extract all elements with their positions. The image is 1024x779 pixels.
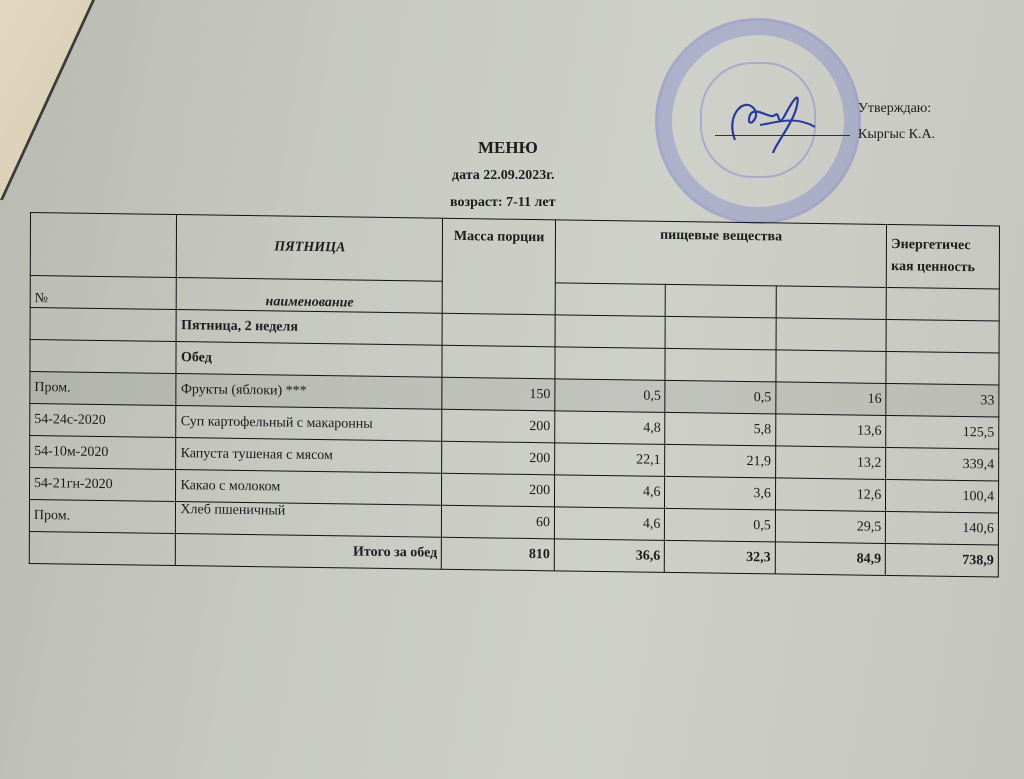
document-title: МЕНЮ	[478, 138, 538, 158]
row-energy: 100,4	[886, 479, 999, 513]
header-day: ПЯТНИЦА	[177, 215, 443, 282]
total-mass: 810	[442, 537, 555, 571]
header-energy: Энергетичес кая ценность	[887, 224, 1000, 289]
row-name: Капуста тушеная с мясом	[176, 438, 442, 474]
header-blank	[30, 213, 177, 278]
approval-label: Утверждаю:	[858, 96, 935, 122]
row-energy: 33	[886, 383, 999, 417]
header-mass: Масса порции	[443, 218, 556, 315]
row-protein: 0,5	[555, 379, 666, 413]
row-protein: 4,6	[555, 475, 666, 509]
row-energy: 339,4	[886, 447, 999, 481]
row-protein: 4,6	[554, 507, 665, 541]
row-name: Какао с молоком	[176, 470, 442, 506]
menu-age: возраст: 7-11 лет	[450, 195, 555, 211]
header-energy-line2: кая ценность	[891, 256, 995, 279]
row-number: 54-10м-2020	[30, 435, 177, 469]
row-number: 54-21гн-2020	[29, 467, 176, 501]
row-fat: 5,8	[665, 412, 776, 446]
signature-icon	[715, 85, 825, 155]
total-label: Итого за обед	[176, 534, 442, 570]
approval-block: Утверждаю: Кыргыс К.А.	[858, 96, 935, 148]
total-energy: 738,9	[886, 543, 999, 577]
row-fat: 3,6	[665, 476, 776, 510]
header-number: №	[30, 276, 177, 310]
row-carbs: 12,6	[775, 478, 886, 512]
row-protein: 22,1	[555, 443, 666, 477]
row-name: Суп картофельный с макаронны	[176, 406, 442, 442]
total-carbs: 84,9	[775, 542, 886, 576]
header-nutrients: пищевые вещества	[555, 220, 886, 288]
row-mass: 150	[442, 377, 555, 411]
section-label: Обед	[176, 342, 442, 378]
row-name: Фрукты (яблоки) ***	[176, 374, 442, 410]
section-label: Пятница, 2 неделя	[177, 310, 443, 346]
row-carbs: 13,6	[776, 414, 887, 448]
row-name: Хлеб пшеничный	[176, 502, 442, 538]
row-mass: 200	[442, 409, 555, 443]
row-number: 54-24с-2020	[30, 403, 177, 437]
row-fat: 0,5	[665, 380, 776, 414]
menu-date: дата 22.09.2023г.	[452, 168, 555, 184]
header-energy-sub	[886, 287, 999, 321]
header-protein	[555, 283, 666, 317]
row-carbs: 16	[776, 382, 887, 416]
header-carbs	[776, 286, 887, 320]
menu-table-container: ПЯТНИЦА Масса порции пищевые вещества Эн…	[29, 212, 1000, 601]
row-carbs: 29,5	[775, 510, 886, 544]
row-energy: 125,5	[886, 415, 999, 449]
menu-table: ПЯТНИЦА Масса порции пищевые вещества Эн…	[29, 212, 1000, 578]
approver-name: Кыргыс К.А.	[858, 122, 935, 148]
header-energy-line1: Энергетичес	[891, 234, 995, 257]
header-fat	[666, 284, 777, 318]
row-mass: 200	[442, 473, 555, 507]
row-protein: 4,8	[555, 411, 666, 445]
row-fat: 21,9	[665, 444, 776, 478]
row-number: Пром.	[30, 372, 177, 406]
total-protein: 36,6	[554, 539, 665, 573]
row-mass: 200	[442, 441, 555, 475]
total-fat: 32,3	[665, 540, 776, 574]
header-name: наименование	[177, 278, 443, 314]
row-mass: 60	[442, 505, 555, 539]
row-energy: 140,6	[886, 511, 999, 545]
signature-line	[715, 135, 850, 136]
row-carbs: 13,2	[775, 446, 886, 480]
row-fat: 0,5	[665, 508, 776, 542]
row-number: Пром.	[29, 499, 176, 533]
